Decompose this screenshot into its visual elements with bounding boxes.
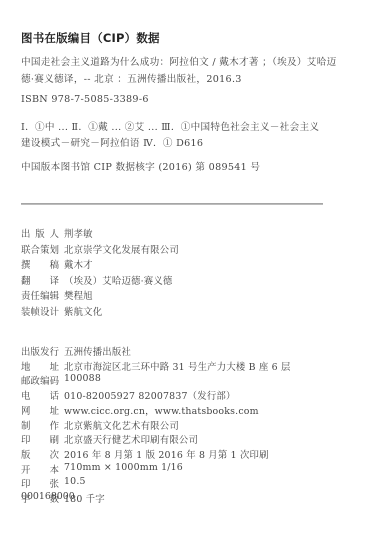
field-label: 版次 bbox=[21, 447, 59, 461]
field-label: 制作 bbox=[21, 418, 59, 432]
field-value: 100088 bbox=[64, 373, 101, 384]
label-char: 策 bbox=[40, 242, 49, 256]
field-value: 荆孝敏 bbox=[64, 226, 93, 240]
field-label: 责任编辑 bbox=[21, 288, 59, 302]
field-label: 电话 bbox=[21, 388, 59, 402]
label-char: 联 bbox=[21, 242, 30, 256]
label-char: 址 bbox=[50, 359, 59, 373]
label-char: 码 bbox=[50, 373, 59, 387]
label-char: 版 bbox=[35, 226, 44, 240]
label-char: 设 bbox=[40, 304, 49, 318]
label-char: 刷 bbox=[50, 432, 59, 446]
label-char: 网 bbox=[21, 403, 30, 417]
field-value: 北京市海淀区北三环中路 31 号生产力大楼 B 座 6 层 bbox=[64, 359, 291, 373]
label-char: 址 bbox=[50, 403, 59, 417]
field-label: 出版发行 bbox=[21, 344, 59, 358]
label-char: 印 bbox=[21, 476, 30, 490]
field-value: 紫航文化 bbox=[64, 304, 102, 318]
field-value: 北京紫航文化艺术有限公司 bbox=[64, 418, 179, 432]
field-label: 装帧设计 bbox=[21, 304, 59, 318]
field-value: 五洲传播出版社 bbox=[64, 344, 131, 358]
label-char: 任 bbox=[31, 288, 40, 302]
cip-record-line-1: 中国走社会主义道路为什么成功：阿拉伯文 / 戴木才著 ；（埃及）艾哈迈 bbox=[21, 54, 337, 68]
field-label: 撰稿 bbox=[21, 257, 59, 271]
label-char: 编 bbox=[40, 373, 49, 387]
label-char: 印 bbox=[21, 432, 30, 446]
divider-rule bbox=[21, 203, 323, 205]
field-label: 邮政编码 bbox=[21, 373, 59, 387]
label-char: 本 bbox=[50, 462, 59, 476]
field-value: 710mm × 1000mm 1/16 bbox=[64, 462, 183, 473]
cip-number: 中国版本图书馆 CIP 数据核字 (2016) 第 089541 号 bbox=[21, 159, 260, 173]
label-char: 编 bbox=[40, 288, 49, 302]
field-label: 开本 bbox=[21, 462, 59, 476]
label-char: 合 bbox=[31, 242, 40, 256]
field-label: 印刷 bbox=[21, 432, 59, 446]
cip-record-line-2: 德·赛义德译，-- 北京 ：五洲传播出版社，2016.3 bbox=[21, 71, 242, 85]
label-char: 稿 bbox=[50, 257, 59, 271]
label-char: 帧 bbox=[31, 304, 40, 318]
label-char: 次 bbox=[50, 447, 59, 461]
label-char: 邮 bbox=[21, 373, 30, 387]
label-char: 版 bbox=[21, 447, 30, 461]
field-value: 北京崇学文化发展有限公司 bbox=[64, 242, 179, 256]
classification-line-2: 建设模式－研究－阿拉伯语 Ⅳ．① D616 bbox=[21, 135, 203, 149]
isbn: ISBN 978-7-5085-3389-6 bbox=[21, 94, 149, 105]
field-value: www.cicc.org.cn，www.thatsbooks.com bbox=[64, 403, 259, 417]
label-char: 政 bbox=[31, 373, 40, 387]
label-char: 撰 bbox=[21, 257, 30, 271]
label-char: 行 bbox=[50, 344, 59, 358]
field-label: 出版人 bbox=[21, 226, 59, 240]
field-label: 联合策划 bbox=[21, 242, 59, 256]
label-char: 作 bbox=[50, 418, 59, 432]
classification-line-1: Ⅰ．①中 ... Ⅱ．①戴 ... ②艾 ... Ⅲ．①中国特色社会主义－社会主… bbox=[21, 119, 319, 133]
label-char: 话 bbox=[50, 388, 59, 402]
label-char: 责 bbox=[21, 288, 30, 302]
label-char: 译 bbox=[50, 273, 59, 287]
label-char: 翻 bbox=[21, 273, 30, 287]
field-label: 翻译 bbox=[21, 273, 59, 287]
label-char: 人 bbox=[50, 226, 59, 240]
label-char: 计 bbox=[50, 304, 59, 318]
label-char: 辑 bbox=[50, 288, 59, 302]
label-char: 电 bbox=[21, 388, 30, 402]
label-char: 地 bbox=[21, 359, 30, 373]
field-label: 网址 bbox=[21, 403, 59, 417]
label-char: 出 bbox=[21, 344, 30, 358]
field-value: 北京盛天行健艺术印刷有限公司 bbox=[64, 432, 198, 446]
book-code: 000168000 bbox=[21, 491, 75, 505]
label-char: 划 bbox=[50, 242, 59, 256]
label-char: 发 bbox=[40, 344, 49, 358]
field-value: 戴木才 bbox=[64, 257, 93, 271]
label-char: 制 bbox=[21, 418, 30, 432]
field-value: 樊程旭 bbox=[64, 288, 93, 302]
label-char: 版 bbox=[31, 344, 40, 358]
field-label: 印张 bbox=[21, 476, 59, 490]
label-char: 张 bbox=[50, 476, 59, 490]
label-char: 出 bbox=[21, 226, 30, 240]
label-char: 装 bbox=[21, 304, 30, 318]
field-value: 10.5 bbox=[64, 476, 86, 487]
cip-title: 图书在版编目（CIP）数据 bbox=[21, 30, 160, 46]
field-value: 2016 年 8 月第 1 版 2016 年 8 月第 1 次印刷 bbox=[64, 447, 269, 461]
field-label: 地址 bbox=[21, 359, 59, 373]
label-char: 开 bbox=[21, 462, 30, 476]
field-value: 010-82005927 82007837（发行部） bbox=[64, 388, 236, 402]
field-value: （埃及）艾哈迈德·赛义德 bbox=[64, 273, 173, 287]
